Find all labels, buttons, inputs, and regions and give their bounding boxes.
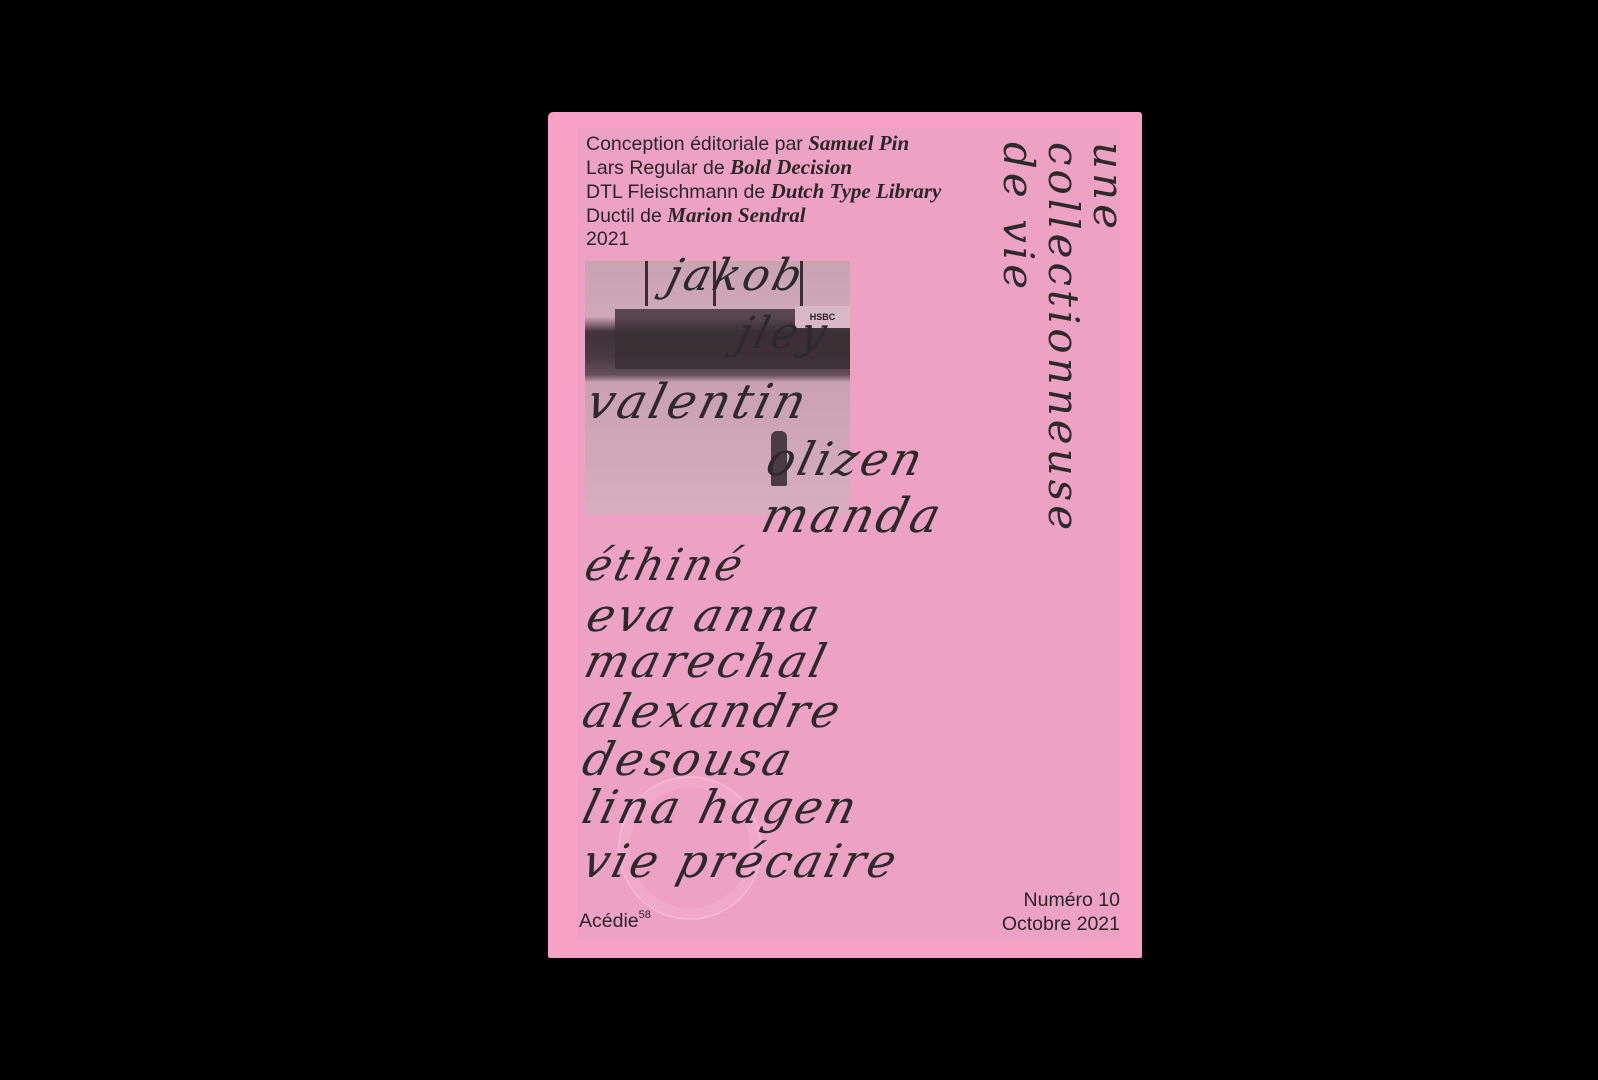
credit-line: Lars Regular de Bold Decision	[586, 156, 941, 180]
issue-number: Numéro 10	[1002, 888, 1120, 912]
script-name: valentin	[581, 374, 815, 430]
photo-pole	[645, 261, 648, 306]
issue-info: Numéro 10 Octobre 2021	[1002, 888, 1120, 936]
credit-name: Dutch Type Library	[771, 179, 942, 203]
credit-year: 2021	[586, 228, 941, 251]
script-name: marechal	[579, 634, 834, 688]
script-name: éthiné	[580, 540, 751, 591]
script-name: desousa	[577, 732, 800, 786]
script-name: vie précaire	[577, 834, 905, 888]
script-name: manda	[756, 488, 949, 544]
script-name: lina hagen	[577, 780, 865, 834]
credit-line: Ductil de Marion Sendral	[586, 204, 941, 228]
issue-date: Octobre 2021	[1002, 912, 1120, 936]
brand-name: Acédie58	[579, 910, 651, 933]
vertical-script: une	[1084, 142, 1133, 233]
credits-block: Conception éditoriale par Samuel Pin Lar…	[586, 132, 941, 251]
script-name: jley	[732, 308, 835, 359]
credit-label: DTL Fleischmann de	[586, 181, 765, 203]
credit-name: Marion Sendral	[667, 203, 805, 227]
credit-line: Conception éditoriale par Samuel Pin	[586, 132, 941, 156]
credit-name: Samuel Pin	[808, 131, 909, 155]
vertical-script: collectionneuse	[1039, 142, 1088, 534]
magazine-cover: Conception éditoriale par Samuel Pin Lar…	[548, 112, 1142, 958]
script-name: alexandre	[577, 684, 848, 738]
brand-label: Acédie	[579, 910, 639, 932]
brand-superscript: 58	[639, 909, 651, 921]
credit-label: Conception éditoriale par	[586, 133, 803, 155]
script-name: jakob	[662, 250, 811, 301]
credit-line: DTL Fleischmann de Dutch Type Library	[586, 180, 941, 204]
credit-label: Ductil de	[586, 205, 662, 227]
credit-name: Bold Decision	[730, 155, 852, 179]
vertical-script: de vie	[994, 142, 1043, 293]
credit-label: Lars Regular de	[586, 157, 725, 179]
script-name: olizen	[761, 432, 931, 486]
